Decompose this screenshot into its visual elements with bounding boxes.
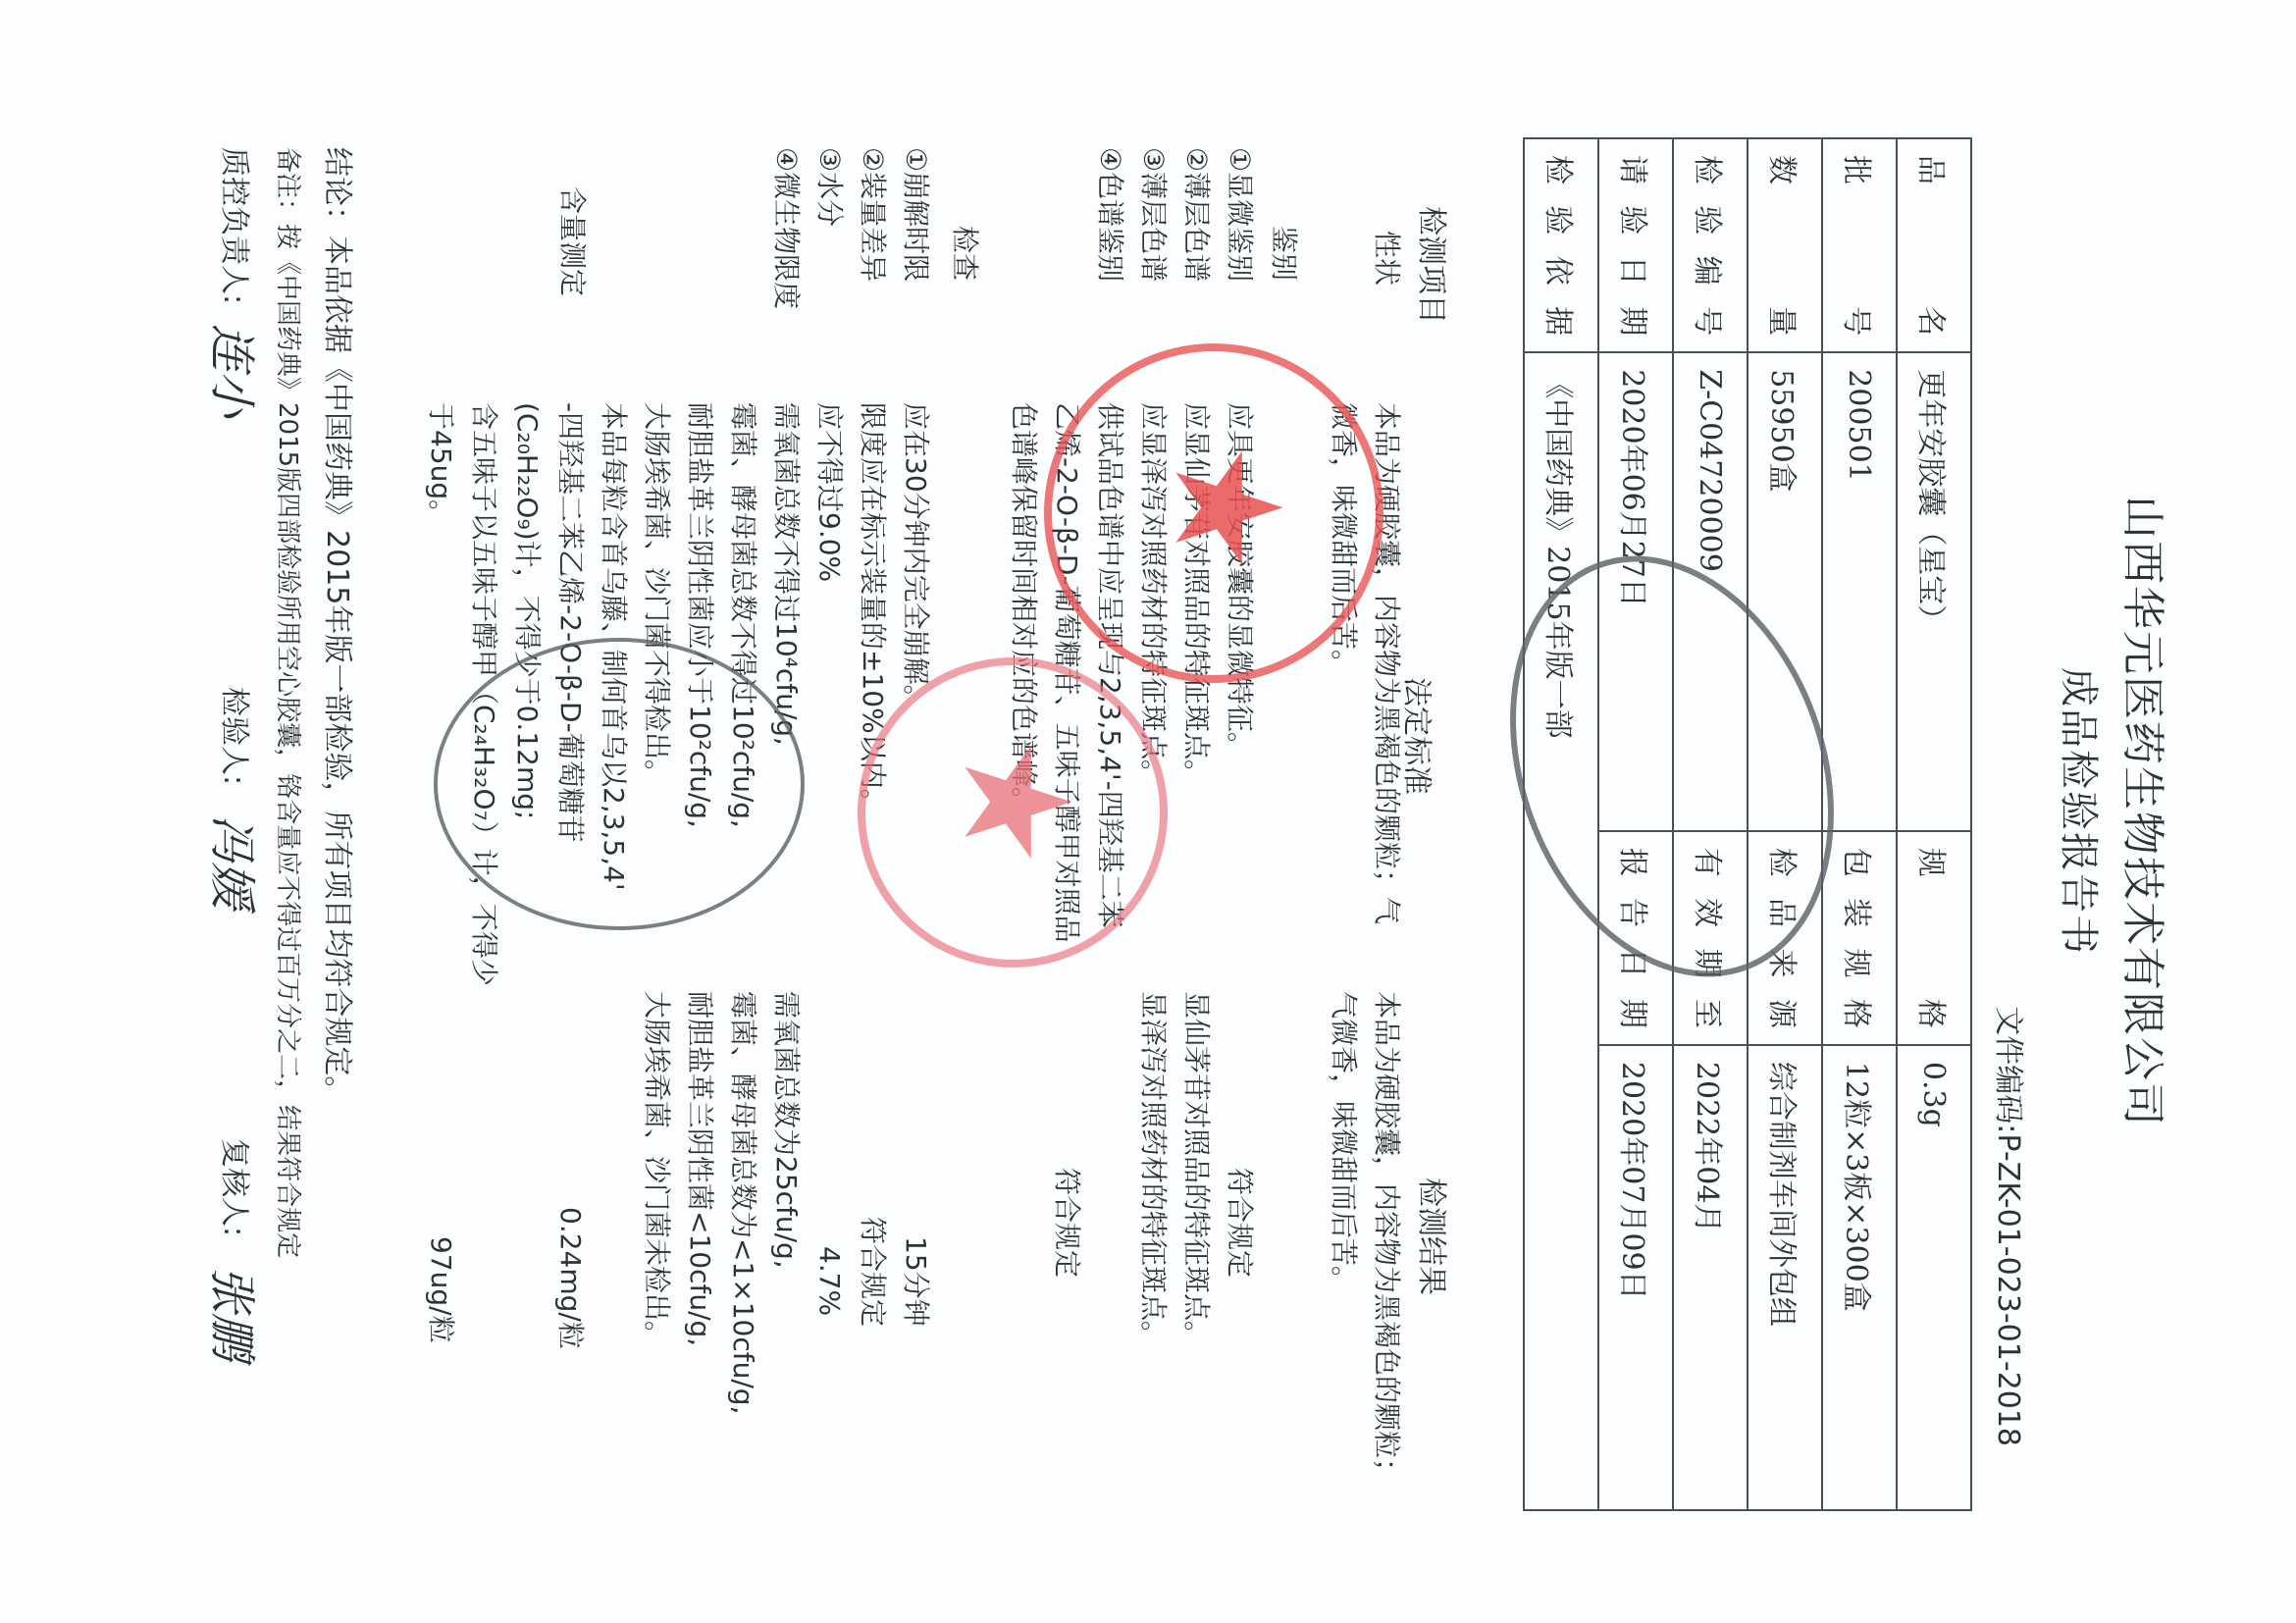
item-insp-1: ①崩解时限 — [894, 147, 937, 282]
file-code: 文件编码:P-ZK-01-023-01-2018 — [1990, 1006, 2033, 1446]
label-spec: 规 格 — [1897, 831, 1971, 1045]
value-spec: 0.3g — [1897, 1045, 1971, 1510]
inspector-signature: 冯媛 — [202, 814, 270, 909]
item-id-1: ①显微鉴别 — [1218, 147, 1261, 282]
company-name: 山西华元医药生物技术有限公司 — [2115, 0, 2178, 1623]
col-header-item: 检测项目 — [1409, 206, 1452, 324]
qc-manager-signature: 连小 — [202, 324, 270, 418]
scanned-page: 山西华元医药生物技术有限公司 成品检验报告书 文件编码:P-ZK-01-023-… — [0, 0, 2296, 1623]
label-request-date: 请验日期 — [1598, 138, 1673, 352]
heading-assay: 含量测定 — [550, 186, 594, 296]
heading-inspection: 检查 — [943, 226, 986, 281]
conclusion: 结论：本品依据《中国药典》2015年版一部检验，所有项目均符合规定。 — [315, 147, 358, 1105]
result-id-2: 显仙茅苷对照品的特征斑点。 — [1174, 991, 1218, 1348]
heading-identification: 鉴别 — [1262, 226, 1305, 281]
gray-qa-stamp — [434, 638, 805, 930]
result-insp-4-line2: 霉菌、酵母菌总数为<1×10cfu/g, — [721, 991, 764, 1414]
result-insp-4-line1: 需氧菌总数为25cfu/g, — [764, 991, 808, 1269]
value-product-name: 更年安胶囊（星宝） — [1897, 352, 1971, 830]
table-row: 品 名 更年安胶囊（星宝） 规 格 0.3g — [1897, 138, 1971, 1510]
value-batch: 200501 — [1822, 352, 1897, 830]
label-product-name: 品 名 — [1897, 138, 1971, 352]
item-id-2: ②薄层色谱 — [1174, 147, 1218, 282]
label-batch: 批 号 — [1822, 138, 1897, 352]
result-character-2: 气微香，味微甜而后苦。 — [1322, 991, 1365, 1293]
reviewer-signature: 张鹏 — [202, 1266, 270, 1360]
result-insp-2: 符合规定 — [851, 1217, 894, 1327]
value-report-date: 2020年07月09日 — [1598, 1045, 1673, 1510]
label-quantity: 数 量 — [1748, 138, 1822, 352]
value-package-spec: 12粒×3板×300盒 — [1822, 1045, 1897, 1510]
value-basis: 《中国药典》2015年版一部 — [1524, 352, 1598, 1510]
inspection-report-document: 山西华元医药生物技术有限公司 成品检验报告书 文件编码:P-ZK-01-023-… — [0, 0, 2296, 1623]
col-header-result: 检测结果 — [1409, 1178, 1452, 1295]
item-character: 性状 — [1365, 231, 1408, 286]
item-id-3: ③薄层色谱 — [1131, 147, 1174, 282]
value-sample-source: 综合制剂车间外包组 — [1748, 1045, 1822, 1510]
result-insp-1: 15分钟 — [894, 1236, 937, 1327]
label-inspection-no: 检验编号 — [1673, 138, 1748, 352]
report-title: 成品检验报告书 — [2054, 0, 2110, 1623]
item-insp-3: ③水分 — [808, 147, 851, 227]
inspector-label: 检验人: — [212, 687, 255, 785]
red-star-icon-2: ★ — [942, 736, 1089, 867]
item-insp-4: ④微生物限度 — [764, 147, 808, 309]
result-insp-4-line3: 耐胆盐革兰阴性菌<10cfu/g, — [678, 991, 721, 1346]
label-package-spec: 包装规格 — [1822, 831, 1897, 1045]
result-id-4: 符合规定 — [1045, 1168, 1088, 1278]
standard-insp-1: 应在30分钟内完全崩解。 — [894, 402, 937, 712]
label-basis: 检验依据 — [1524, 138, 1598, 352]
value-expiry: 2022年04月 — [1673, 1045, 1748, 1510]
qc-manager-label: 质控负责人: — [212, 147, 255, 304]
item-id-4: ④色谱鉴别 — [1088, 147, 1131, 282]
file-code-value: P-ZK-01-023-01-2018 — [1991, 1133, 2025, 1446]
file-code-label: 文件编码: — [1991, 1006, 2025, 1133]
result-id-1: 符合规定 — [1218, 1168, 1261, 1278]
item-insp-2: ②装量差异 — [851, 147, 894, 282]
result-character-1: 本品为硬胶囊，内容物为黑褐色的颗粒； — [1365, 991, 1408, 1486]
standard-insp-3: 应不得过9.0% — [808, 402, 851, 582]
standard-assay-line5: 于45ug。 — [419, 402, 462, 527]
result-assay-1: 0.24mg/粒 — [548, 1207, 592, 1349]
red-star-icon-1: ★ — [1153, 442, 1300, 573]
remark: 备注：按《中国药典》2015版四部检验所用空心胶囊，铬含量应不得过百万分之二，结… — [266, 147, 309, 1258]
reviewer-label: 复核人: — [212, 1138, 255, 1236]
standard-insp-4-line1: 需氧菌总数不得过10⁴cfu/g, — [764, 402, 808, 746]
result-insp-3: 4.7% — [808, 1246, 851, 1316]
result-insp-4-line4: 大肠埃希菌、沙门菌未检出。 — [635, 991, 678, 1348]
result-id-3: 显泽泻对照药材的特征斑点。 — [1131, 991, 1174, 1348]
result-assay-2: 97ug/粒 — [419, 1236, 462, 1343]
